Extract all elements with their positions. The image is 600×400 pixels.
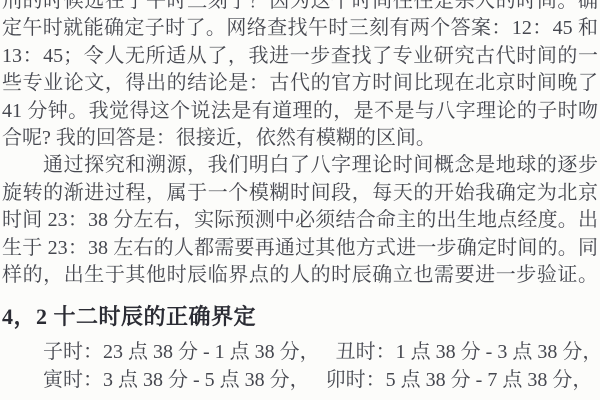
schedule-item-zi: 子时：23 点 38 分 - 1 点 38 分， (43, 338, 320, 366)
scanned-book-page: 刑的时候选在了午时三刻了？因为这个时间往往是杀人的时间。确 定午时就能确定子时了… (0, 0, 600, 400)
section-heading: 4，2 十二时辰的正确界定 (0, 302, 600, 332)
body-text-line: 刑的时候选在了午时三刻了？因为这个时间往往是杀人的时间。确 (0, 0, 600, 15)
body-text-line: 合呢? 我的回答是：很接近，依然有模糊的区间。 (0, 125, 600, 152)
body-text-line: 通过探究和溯源，我们明白了八字理论时间概念是地球的逐步 (0, 152, 600, 179)
schedule-item-yin: 寅时：3 点 38 分 - 5 点 38 分， (43, 366, 310, 394)
schedule-item-chou: 丑时：1 点 38 分 - 3 点 38 分， (336, 338, 600, 366)
body-text-line: 生于 23：38 左右的人都需要再通过其他方式进一步确定时间的。同 (0, 235, 600, 262)
schedule-item-mao: 卯时：5 点 38 分 - 7 点 38 分， (326, 366, 593, 394)
body-text-line: 定午时就能确定子时了。网络查找午时三刻有两个答案：12：45 和 (0, 15, 600, 42)
schedule-row: 寅时：3 点 38 分 - 5 点 38 分， 卯时：5 点 38 分 - 7 … (0, 366, 600, 394)
body-text-line: 13：45；令人无所适从了，我进一步查找了专业研究古代时间的一 (0, 43, 600, 70)
body-text-line: 些专业论文，得出的结论是：古代的官方时间比现在北京时间晚了 (0, 70, 600, 97)
body-text-line: 样的，出生于其他时辰临界点的人的时辰确立也需要进一步验证。 (0, 262, 600, 289)
body-text-line: 41 分钟。我觉得这个说法是有道理的，是不是与八字理论的子时吻 (0, 98, 600, 125)
body-text-line: 时间 23：38 分左右，实际预测中必须结合命主的出生地点经度。出 (0, 207, 600, 234)
body-text-line: 旋转的渐进过程，属于一个模糊时间段，每天的开始我确定为北京 (0, 180, 600, 207)
schedule-row: 子时：23 点 38 分 - 1 点 38 分， 丑时：1 点 38 分 - 3… (0, 338, 600, 366)
